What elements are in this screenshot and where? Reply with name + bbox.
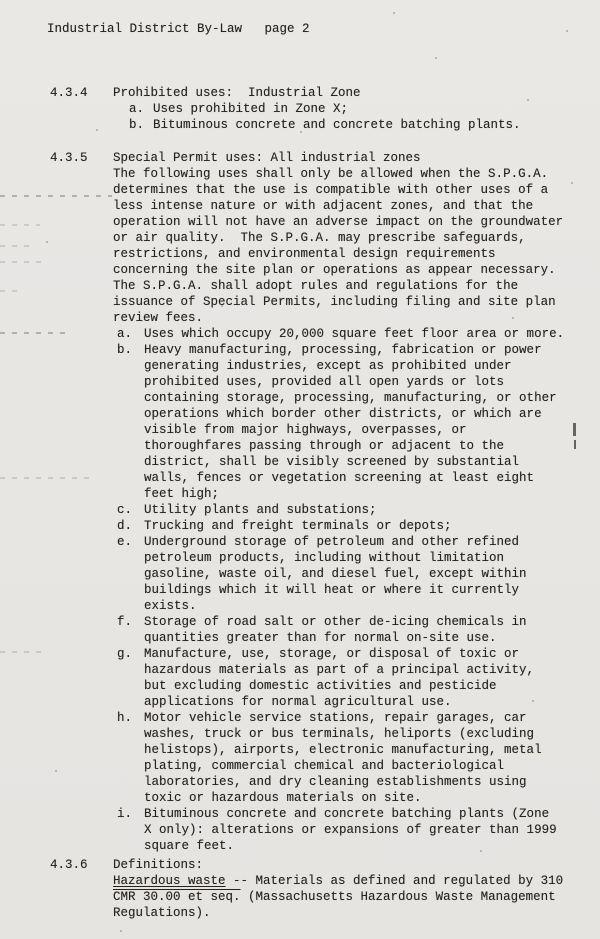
scan-artifact bbox=[0, 332, 68, 334]
item-letter: e. bbox=[117, 534, 132, 550]
section-number: 4.3.5 bbox=[50, 150, 88, 166]
scan-artifact bbox=[573, 423, 576, 436]
list-item: a. Uses prohibited in Zone X; bbox=[113, 101, 575, 117]
definition-line: Hazardous waste -- Materials as defined … bbox=[113, 873, 575, 889]
item-letter: a. bbox=[129, 101, 144, 117]
section-content: Special Permit uses: All industrial zone… bbox=[113, 150, 575, 854]
list-item: c. Utility plants and substations; bbox=[113, 502, 575, 518]
scan-artifact bbox=[120, 930, 122, 932]
scan-artifact bbox=[532, 700, 534, 702]
section-content: Definitions: Hazardous waste -- Material… bbox=[113, 857, 575, 921]
item-text: Uses prohibited in Zone X; bbox=[153, 101, 575, 117]
list-item: a. Uses which occupy 20,000 square feet … bbox=[113, 326, 575, 342]
scan-artifact bbox=[512, 317, 514, 319]
scan-artifact bbox=[300, 131, 302, 133]
definition-line: Regulations). bbox=[113, 905, 575, 921]
section-heading: Definitions: bbox=[113, 857, 575, 873]
scan-artifact bbox=[527, 99, 529, 101]
scan-artifact bbox=[46, 241, 48, 243]
item-text: Utility plants and substations; bbox=[144, 502, 575, 518]
list-item: b. Bituminous concrete and concrete batc… bbox=[113, 117, 575, 133]
page-header: Industrial District By-Law page 2 bbox=[47, 21, 310, 37]
item-text: Heavy manufacturing, processing, fabrica… bbox=[144, 342, 575, 502]
list-item: g. Manufacture, use, storage, or disposa… bbox=[113, 646, 575, 710]
document-body: 4.3.4 Prohibited uses: Industrial Zone a… bbox=[50, 85, 575, 921]
item-text: Bituminous concrete and concrete batchin… bbox=[153, 117, 575, 133]
item-letter: a. bbox=[117, 326, 132, 342]
item-text: Motor vehicle service stations, repair g… bbox=[144, 710, 575, 806]
definition-text: (Massachusetts Hazardous Waste Managemen… bbox=[241, 890, 556, 904]
section-paragraph: The following uses shall only be allowed… bbox=[113, 166, 575, 326]
definition-text: -- Materials as defined and regulated by… bbox=[226, 874, 564, 888]
list-item: b. Heavy manufacturing, processing, fabr… bbox=[113, 342, 575, 502]
item-letter: g. bbox=[117, 646, 132, 662]
scan-artifact bbox=[393, 12, 395, 14]
scan-artifact bbox=[96, 129, 98, 131]
scan-artifact bbox=[0, 477, 94, 479]
definition-citation: CMR 30.00 et seq. bbox=[113, 890, 241, 904]
list-item: f. Storage of road salt or other de-icin… bbox=[113, 614, 575, 646]
item-letter: h. bbox=[117, 710, 132, 726]
section-4-3-6: 4.3.6 Definitions: Hazardous waste -- Ma… bbox=[50, 857, 575, 921]
item-text: Manufacture, use, storage, or disposal o… bbox=[144, 646, 575, 710]
scan-artifact bbox=[435, 57, 437, 59]
scan-artifact bbox=[221, 305, 223, 307]
list-item: e. Underground storage of petroleum and … bbox=[113, 534, 575, 614]
list-item: h. Motor vehicle service stations, repai… bbox=[113, 710, 575, 806]
section-number: 4.3.6 bbox=[50, 857, 88, 873]
scan-artifact bbox=[480, 850, 482, 852]
scan-artifact bbox=[0, 651, 42, 653]
scan-artifact bbox=[0, 224, 40, 226]
section-4-3-4: 4.3.4 Prohibited uses: Industrial Zone a… bbox=[50, 85, 575, 133]
scan-artifact bbox=[0, 195, 112, 197]
item-letter: b. bbox=[129, 117, 144, 133]
scan-artifact bbox=[55, 770, 57, 772]
scan-artifact bbox=[566, 30, 568, 32]
item-text: Uses which occupy 20,000 square feet flo… bbox=[144, 326, 575, 342]
list-item: d. Trucking and freight terminals or dep… bbox=[113, 518, 575, 534]
scan-artifact bbox=[0, 290, 22, 292]
scan-artifact bbox=[0, 245, 30, 247]
item-letter: f. bbox=[117, 614, 132, 630]
list-item: i. Bituminous concrete and concrete batc… bbox=[113, 806, 575, 854]
scan-artifact bbox=[0, 261, 46, 263]
item-letter: b. bbox=[117, 342, 132, 358]
section-number: 4.3.4 bbox=[50, 85, 88, 101]
item-letter: d. bbox=[117, 518, 132, 534]
scanned-document-page: Industrial District By-Law page 2 4.3.4 … bbox=[0, 0, 600, 939]
scan-artifact bbox=[360, 640, 362, 642]
scan-artifact bbox=[574, 440, 576, 449]
section-4-3-5: 4.3.5 Special Permit uses: All industria… bbox=[50, 150, 575, 854]
item-letter: i. bbox=[117, 806, 132, 822]
scan-artifact bbox=[571, 182, 573, 184]
section-heading: Prohibited uses: Industrial Zone bbox=[113, 85, 575, 101]
section-heading: Special Permit uses: All industrial zone… bbox=[113, 150, 575, 166]
item-text: Trucking and freight terminals or depots… bbox=[144, 518, 575, 534]
item-text: Bituminous concrete and concrete batchin… bbox=[144, 806, 575, 854]
item-text: Underground storage of petroleum and oth… bbox=[144, 534, 575, 614]
section-content: Prohibited uses: Industrial Zone a. Uses… bbox=[113, 85, 575, 133]
definition-term: Hazardous waste bbox=[113, 874, 226, 888]
definition-line: CMR 30.00 et seq. (Massachusetts Hazardo… bbox=[113, 889, 575, 905]
item-letter: c. bbox=[117, 502, 132, 518]
